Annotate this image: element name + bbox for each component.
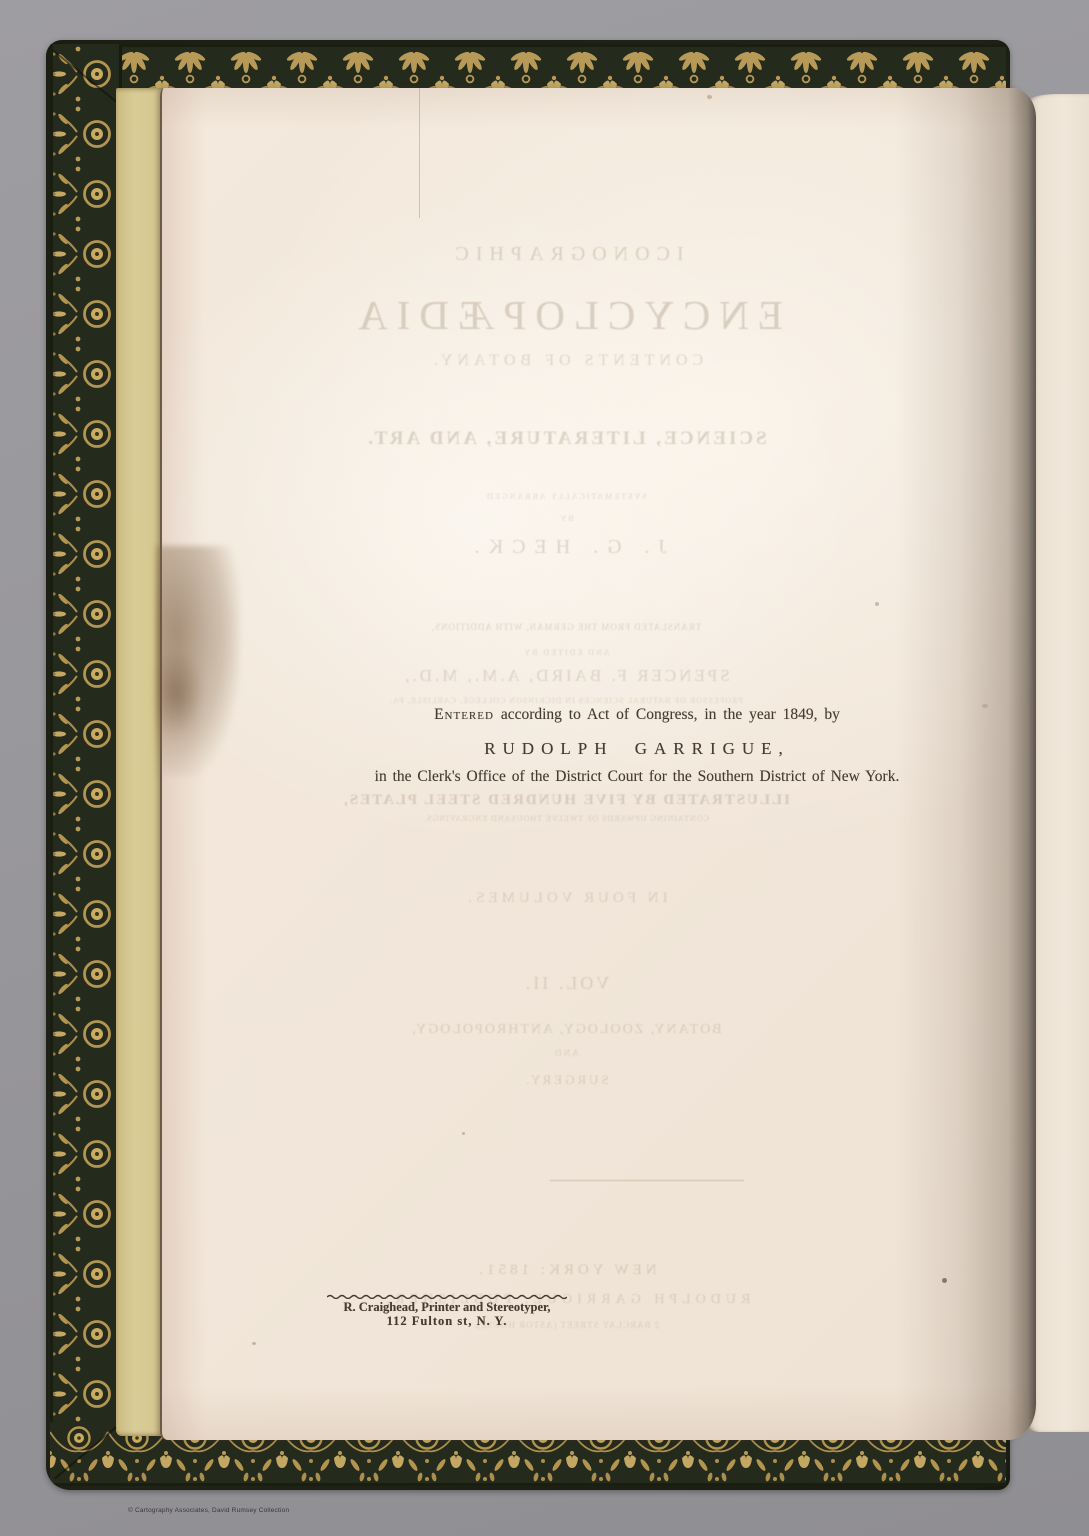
ghost-line-four-volumes: IN FOUR VOLUMES. [96, 890, 1036, 907]
foxing-spot [252, 1342, 256, 1345]
printer-address-line: 112 Fulton st, N. Y. [162, 1314, 732, 1329]
copyright-line-1-rest: according to Act of Congress, in the yea… [494, 706, 840, 723]
ghost-line-volume: VOL. II. [96, 973, 1036, 994]
foxing-spot [707, 95, 712, 99]
printer-name-line: R. Craighead, Printer and Stereotyper, [162, 1300, 732, 1315]
ghost-line-engravings: CONTAINING UPWARDS OF TWELVE THOUSAND EN… [96, 814, 1036, 823]
edge-stain-core [158, 648, 204, 738]
copyright-holder-name: RUDOLPH GARRIGUE, [162, 739, 1089, 759]
printer-wavy-rule [327, 1294, 567, 1299]
ghost-line-illustrated: ILLUSTRATED BY FIVE HUNDRED STEEL PLATES… [96, 792, 1036, 809]
collection-credit: © Cartography Associates, David Rumsey C… [128, 1507, 289, 1514]
gutter-shadow [896, 88, 1036, 1440]
ghost-line-surgery: SURGERY. [96, 1072, 1036, 1088]
book-page: ICONOGRAPHIC ENCYCLOPÆDIA CONTENTS OF BO… [160, 88, 1036, 1440]
ghost-line-by: BY [96, 514, 1036, 523]
foxing-spot [982, 704, 988, 708]
scan-background: ICONOGRAPHIC ENCYCLOPÆDIA CONTENTS OF BO… [0, 0, 1089, 1536]
copyright-line-1: Entered according to Act of Congress, in… [162, 706, 1089, 724]
ghost-line-iconographic: ICONOGRAPHIC [96, 243, 1036, 266]
ghost-line-new-york: NEW YORK: 1851. [96, 1262, 1036, 1279]
cover-border-left-ornament [50, 44, 122, 1486]
ghost-line-science: SCIENCE, LITERATURE, AND ART. [96, 428, 1036, 450]
ghost-line-subjects: BOTANY, ZOOLOGY, ANTHROPOLOGY, [96, 1022, 1036, 1038]
foxing-spot [462, 1132, 465, 1135]
page-crease [419, 88, 420, 218]
foxing-spot [942, 1278, 947, 1283]
ghost-line-arranged: SYSTEMATICALLY ARRANGED [96, 492, 1036, 501]
copyright-entered-word: Entered [434, 706, 494, 723]
ghost-line-contents: CONTENTS OF BOTANY. [96, 352, 1036, 370]
ghost-line-and: AND [96, 1048, 1036, 1058]
ghost-divider-rule [550, 1180, 744, 1181]
foxing-spot [875, 602, 879, 606]
copyright-line-3: in the Clerk's Office of the District Co… [162, 768, 1089, 786]
ghost-line-encyclopaedia: ENCYCLOPÆDIA [96, 291, 1036, 339]
